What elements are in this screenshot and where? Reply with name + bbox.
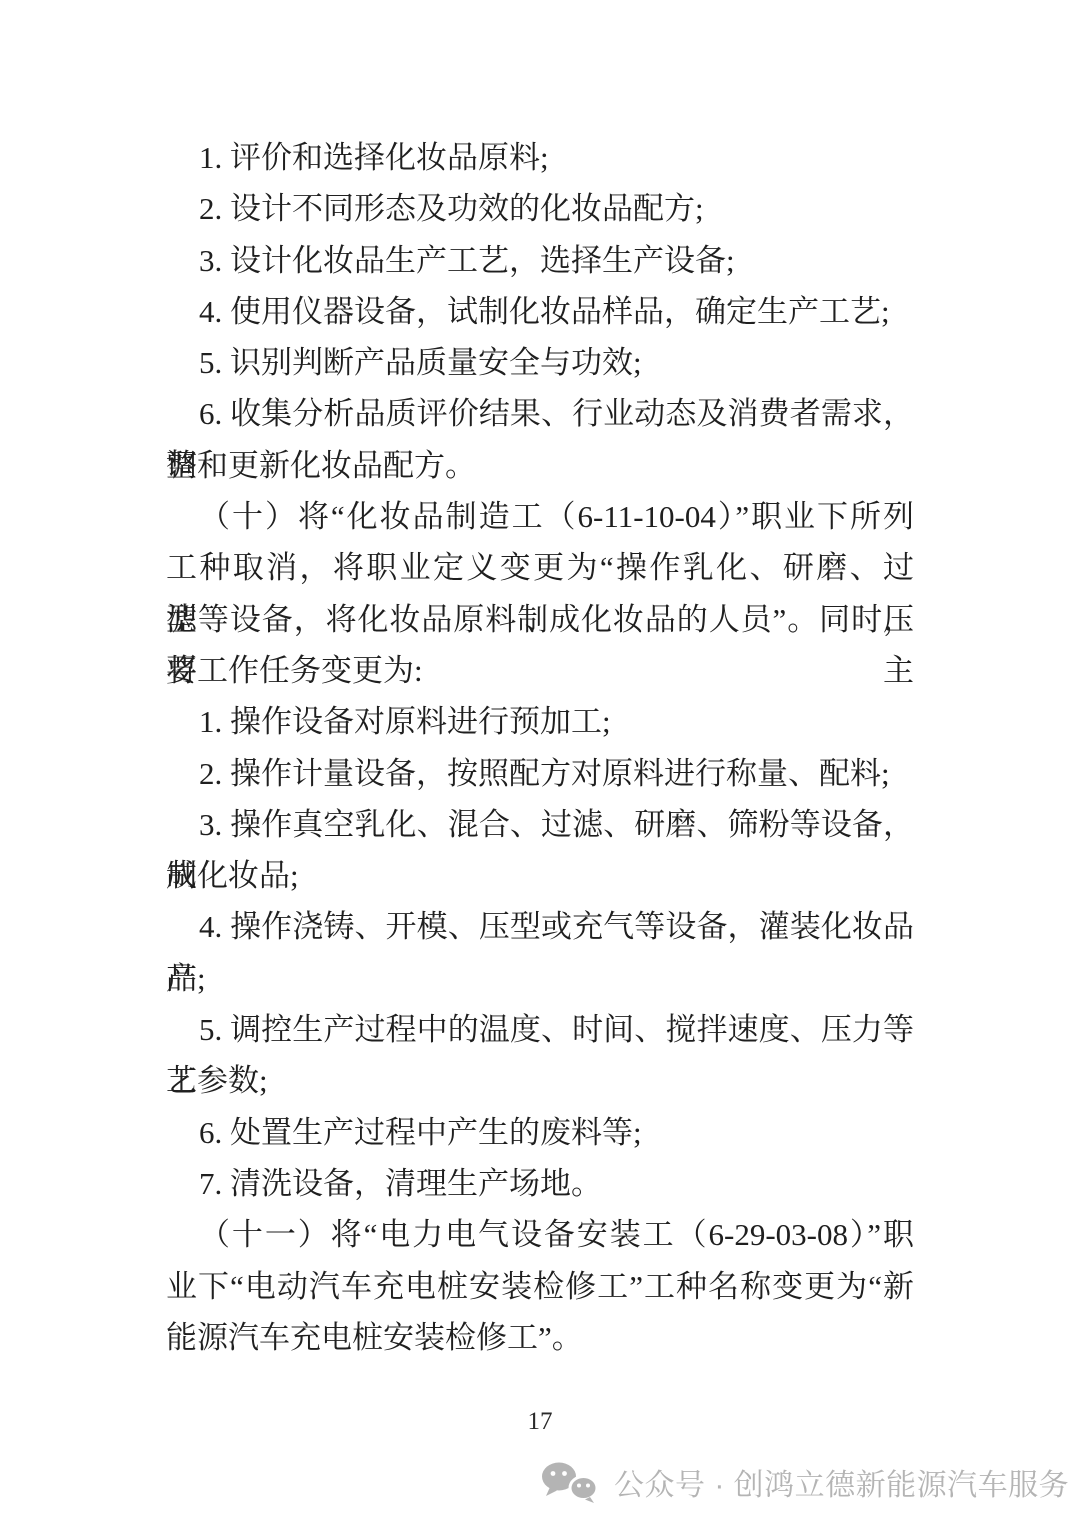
footer-watermark: 公众号 · 创鸿立德新能源汽车服务 bbox=[538, 1460, 1069, 1504]
text-line: 工种取消，将职业定义变更为“操作乳化、研磨、过滤、压 bbox=[166, 542, 914, 593]
text-line: （十一）将“电力电气设备安装工（6-29-03-08）”职 bbox=[166, 1209, 914, 1260]
text-line: 1. 评价和选择化妆品原料; bbox=[166, 132, 914, 183]
text-line: 型等设备，将化妆品原料制成化妆品的人员”。同时，将主 bbox=[166, 594, 914, 645]
text-line: 5. 调控生产过程中的温度、时间、搅拌速度、压力等工 bbox=[166, 1004, 914, 1055]
text-line: 3. 操作真空乳化、混合、过滤、研磨、筛粉等设备，制 bbox=[166, 799, 914, 850]
text-line: 能源汽车充电桩安装检修工”。 bbox=[166, 1312, 914, 1363]
page-number: 17 bbox=[0, 1408, 1080, 1436]
text-line: 艺参数; bbox=[166, 1055, 914, 1106]
text-line: 6. 处置生产过程中产生的废料等; bbox=[166, 1107, 914, 1158]
text-line: 业下“电动汽车充电桩安装检修工”工种名称变更为“新 bbox=[166, 1261, 914, 1312]
text-line: 4. 操作浇铸、开模、压型或充气等设备，灌装化妆品产 bbox=[166, 901, 914, 952]
text-line: 4. 使用仪器设备，试制化妆品样品，确定生产工艺; bbox=[166, 286, 914, 337]
text-line: 3. 设计化妆品生产工艺，选择生产设备; bbox=[166, 235, 914, 286]
text-line: 品; bbox=[166, 953, 914, 1004]
text-line: 6. 收集分析品质评价结果、行业动态及消费者需求，调 bbox=[166, 388, 914, 439]
document-page: 1. 评价和选择化妆品原料;2. 设计不同形态及功效的化妆品配方;3. 设计化妆… bbox=[0, 0, 1080, 1527]
text-line: 2. 操作计量设备，按照配方对原料进行称量、配料; bbox=[166, 748, 914, 799]
watermark-text: 公众号 · 创鸿立德新能源汽车服务 bbox=[614, 1460, 1069, 1504]
text-line: 整和更新化妆品配方。 bbox=[166, 440, 914, 491]
wechat-icon bbox=[538, 1461, 602, 1503]
body-text: 1. 评价和选择化妆品原料;2. 设计不同形态及功效的化妆品配方;3. 设计化妆… bbox=[166, 132, 914, 1363]
text-line: 5. 识别判断产品质量安全与功效; bbox=[166, 337, 914, 388]
text-line: （十）将“化妆品制造工（6-11-10-04）”职业下所列 bbox=[166, 491, 914, 542]
text-line: 成化妆品; bbox=[166, 850, 914, 901]
text-line: 2. 设计不同形态及功效的化妆品配方; bbox=[166, 183, 914, 234]
text-line: 1. 操作设备对原料进行预加工; bbox=[166, 696, 914, 747]
text-line: 7. 清洗设备，清理生产场地。 bbox=[166, 1158, 914, 1209]
